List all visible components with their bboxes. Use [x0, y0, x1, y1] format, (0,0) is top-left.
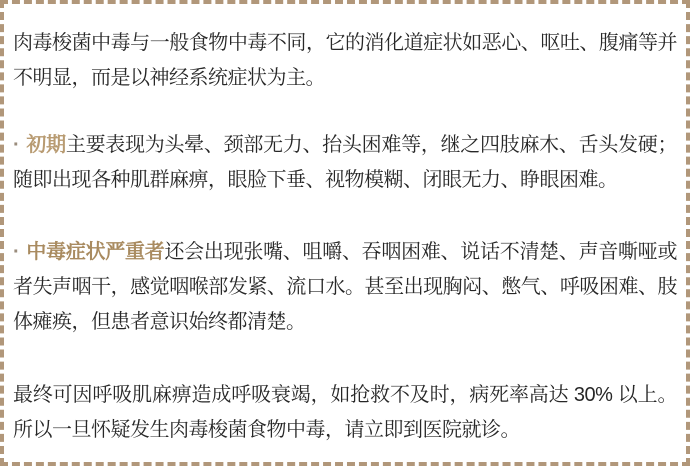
paragraph-severe-symptoms: ·中毒症状严重者还会出现张嘴、咀嚼、吞咽困难、说话不清楚、声音嘶哑或者失声咽干，… [13, 235, 677, 340]
bullet-dot: · [13, 241, 26, 263]
paragraph-intro: 肉毒梭菌中毒与一般食物中毒不同，它的消化道症状如恶心、呕吐、腹痛等并不明显，而是… [13, 26, 677, 96]
bullet-dot: · [13, 134, 26, 156]
severe-symptoms-keyword: 中毒症状严重者 [26, 241, 164, 263]
conclusion-text: 最终可因呼吸肌麻痹造成呼吸衰竭，如抢救不及时，病死率高达 30% 以上。所以一旦… [13, 384, 677, 441]
early-stage-keyword: 初期 [26, 134, 66, 156]
intro-text: 肉毒梭菌中毒与一般食物中毒不同，它的消化道症状如恶心、呕吐、腹痛等并不明显，而是… [13, 32, 677, 89]
article-page: 肉毒梭菌中毒与一般食物中毒不同，它的消化道症状如恶心、呕吐、腹痛等并不明显，而是… [0, 0, 690, 466]
early-stage-text: 主要表现为头晕、颈部无力、抬头困难等，继之四肢麻木、舌头发硬；随即出现各种肌群麻… [13, 134, 677, 191]
paragraph-conclusion: 最终可因呼吸肌麻痹造成呼吸衰竭，如抢救不及时，病死率高达 30% 以上。所以一旦… [13, 378, 677, 448]
paragraph-early-stage: ·初期主要表现为头晕、颈部无力、抬头困难等，继之四肢麻木、舌头发硬；随即出现各种… [13, 128, 677, 198]
